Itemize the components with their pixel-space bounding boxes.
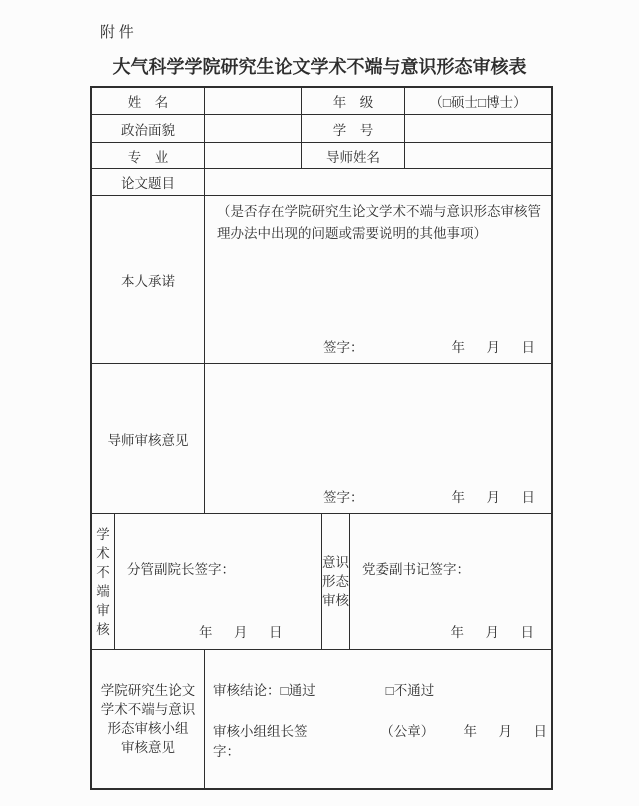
personal-commitment-content-cell[interactable]: （是否存在学院研究生论文学术不端与意识形态审核管理办法中出现的问题或需要说明的其… <box>205 196 551 363</box>
academic-review-vertical-label: 学术不端审核 <box>92 514 115 649</box>
committee-date-label: 年 月 日 <box>464 720 552 740</box>
official-seal-label: （公章） <box>380 720 431 740</box>
degree-checkboxes-cell[interactable]: （□硕士□博士） <box>405 88 551 114</box>
review-conclusion-line: 审核结论： □通过 □不通过 <box>213 679 551 699</box>
major-label: 专 业 <box>92 143 205 168</box>
student-id-label: 学 号 <box>302 115 405 142</box>
name-value-cell[interactable] <box>205 88 302 114</box>
conclusion-label: 审核结论： <box>213 679 281 699</box>
advisor-date-label[interactable]: 年 月 日 <box>452 486 540 506</box>
ideology-review-vertical-label: 意识形态审核 <box>322 514 350 649</box>
thesis-title-label: 论文题目 <box>92 169 205 195</box>
committee-review-content-cell: 审核结论： □通过 □不通过 审核小组组长签字： （公章） 年 月 日 <box>205 650 551 788</box>
leader-signature-label[interactable]: 审核小组组长签字： <box>213 720 328 760</box>
document-page: 附 件 大气科学学院研究生论文学术不端与意识形态审核表 姓 名 年 级 （□硕士… <box>0 0 639 806</box>
dual-review-row: 学术不端审核 分管副院长签字： 年 月 日 意识形态审核 党委副书记签字： 年 … <box>92 514 551 650</box>
form-title: 大气科学学院研究生论文学术不端与意识形态审核表 <box>0 53 639 79</box>
personal-commitment-row: 本人承诺 （是否存在学院研究生论文学术不端与意识形态审核管理办法中出现的问题或需… <box>92 196 551 364</box>
info-row-name-grade: 姓 名 年 级 （□硕士□博士） <box>92 88 551 115</box>
commitment-date-label[interactable]: 年 月 日 <box>452 336 540 356</box>
info-row-major-advisor: 专 业 导师姓名 <box>92 143 551 169</box>
advisor-review-content-cell[interactable]: 签字： 年 月 日 <box>205 364 551 513</box>
commitment-signature-label[interactable]: 签字： <box>323 336 364 356</box>
commitment-signature-line: 签字： 年 月 日 <box>205 336 551 363</box>
ideology-review-signature-cell[interactable]: 党委副书记签字： 年 月 日 <box>350 514 551 649</box>
advisor-signature-label[interactable]: 签字： <box>323 486 364 506</box>
advisor-review-label: 导师审核意见 <box>92 364 205 513</box>
personal-commitment-label: 本人承诺 <box>92 196 205 363</box>
academic-review-signature-cell[interactable]: 分管副院长签字： 年 月 日 <box>115 514 322 649</box>
advisor-name-label: 导师姓名 <box>302 143 405 168</box>
ideology-review-date-label: 年 月 日 <box>451 621 552 649</box>
academic-review-date-label: 年 月 日 <box>115 621 321 649</box>
committee-review-row: 学院研究生论文 学术不端与意识 形态审核小组 审核意见 审核结论： □通过 □不… <box>92 650 551 788</box>
commitment-hint-text: （是否存在学院研究生论文学术不端与意识形态审核管理办法中出现的问题或需要说明的其… <box>205 196 551 245</box>
advisor-review-row: 导师审核意见 签字： 年 月 日 <box>92 364 551 514</box>
info-row-political-id: 政治面貌 学 号 <box>92 115 551 143</box>
leader-signature-line: 审核小组组长签字： （公章） 年 月 日 <box>213 720 551 760</box>
political-status-label: 政治面貌 <box>92 115 205 142</box>
party-secretary-signature-label: 党委副书记签字： <box>350 558 551 578</box>
grade-label: 年 级 <box>302 88 405 114</box>
attachment-label: 附 件 <box>100 21 134 42</box>
committee-review-label: 学院研究生论文 学术不端与意识 形态审核小组 审核意见 <box>92 650 205 788</box>
vice-dean-signature-label: 分管副院长签字： <box>115 558 321 578</box>
advisor-signature-line: 签字： 年 月 日 <box>205 486 551 513</box>
thesis-title-row: 论文题目 <box>92 169 551 196</box>
thesis-title-value-cell[interactable] <box>205 169 551 195</box>
review-form-table: 姓 名 年 级 （□硕士□博士） 政治面貌 学 号 专 业 导师姓名 论文题目 … <box>90 86 553 790</box>
political-status-value-cell[interactable] <box>205 115 302 142</box>
fail-checkbox-option[interactable]: □不通过 <box>386 679 435 699</box>
advisor-name-value-cell[interactable] <box>405 143 551 168</box>
major-value-cell[interactable] <box>205 143 302 168</box>
pass-checkbox-option[interactable]: □通过 <box>281 679 316 699</box>
student-id-value-cell[interactable] <box>405 115 551 142</box>
name-label: 姓 名 <box>92 88 205 114</box>
